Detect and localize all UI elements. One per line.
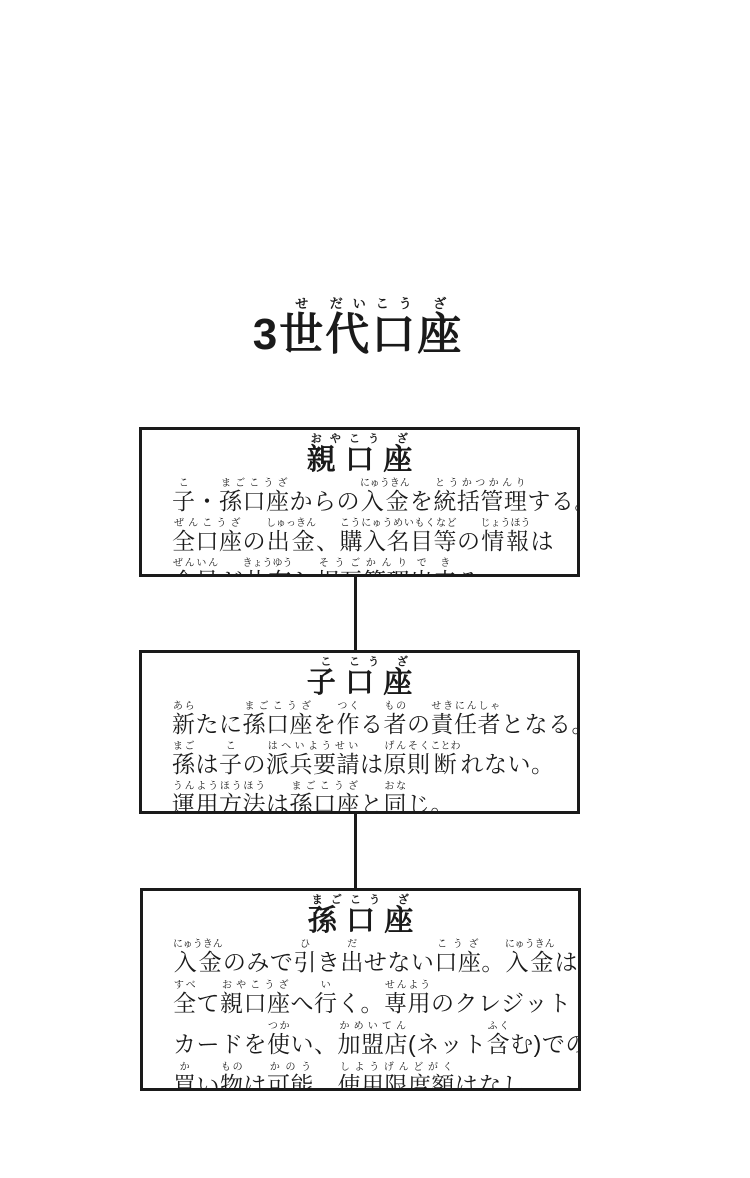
account-box-grandchild: 孫まご口こう座ざ 入金にゅうきんのみで引ひき出だせない口座こうざ。入金にゅうきん… (140, 888, 581, 1091)
box-text-line: 全すべて親口座おやこうざへ行いく。専用せんようのクレジット (173, 980, 570, 1021)
box-text-line: 入金にゅうきんのみで引ひき出だせない口座こうざ。入金にゅうきんは (173, 939, 570, 980)
diagram-page: 3世せ代だい口こう座ざ 親おや口こう座ざ 子こ・孫口座まごこうざからの入金にゅう… (0, 0, 750, 1178)
account-box-parent: 親おや口こう座ざ 子こ・孫口座まごこうざからの入金にゅうきんを統括管理とうかつか… (139, 427, 580, 577)
connector-line-child-grandchild (354, 812, 357, 890)
box-heading-parent: 親おや口こう座ざ (142, 433, 577, 475)
connector-line-parent-child (354, 575, 357, 652)
box-text-line: 運用方法うんようほうほうは孫口座まごこうざと同おなじ。 (172, 781, 569, 814)
account-box-child: 子こ口こう座ざ 新あらたに孫口座まごこうざを作つくる者ものの責任者せきにんしゃと… (139, 650, 580, 814)
box-text-line: 子こ・孫口座まごこうざからの入金にゅうきんを統括管理とうかつかんりする。 (172, 478, 569, 518)
box-text-line: 買かい物ものは可能かのう。使用限度額しようげんどがくはなし。 (173, 1062, 570, 1091)
box-heading-grandchild: 孫まご口こう座ざ (143, 894, 578, 936)
box-body-child: 新あらたに孫口座まごこうざを作つくる者ものの責任者せきにんしゃとなる。 孫まごは… (172, 701, 569, 814)
page-title: 3世せ代だい口こう座ざ (0, 296, 716, 357)
box-text-line: カードを使つかい、加盟店かめいてん(ネット含ふくむ)での (173, 1021, 570, 1062)
box-body-parent: 子こ・孫口座まごこうざからの入金にゅうきんを統括管理とうかつかんりする。 全口座… (172, 478, 569, 577)
box-text-line: 全員ぜんいんが共有きょうゆうし相互管理そうごかんり出来できる。 (172, 558, 569, 577)
box-body-grandchild: 入金にゅうきんのみで引ひき出だせない口座こうざ。入金にゅうきんは 全すべて親口座… (173, 939, 570, 1091)
box-text-line: 新あらたに孫口座まごこうざを作つくる者ものの責任者せきにんしゃとなる。 (172, 701, 569, 741)
box-heading-child: 子こ口こう座ざ (142, 656, 577, 698)
box-text-line: 全口座ぜんこうざの出金しゅっきん、購入名目等こうにゅうめいもくなどの情報じょうほ… (172, 518, 569, 558)
box-text-line: 孫まごは子この派兵要請はへいようせいは原則げんそく断ことわれない。 (172, 741, 569, 781)
